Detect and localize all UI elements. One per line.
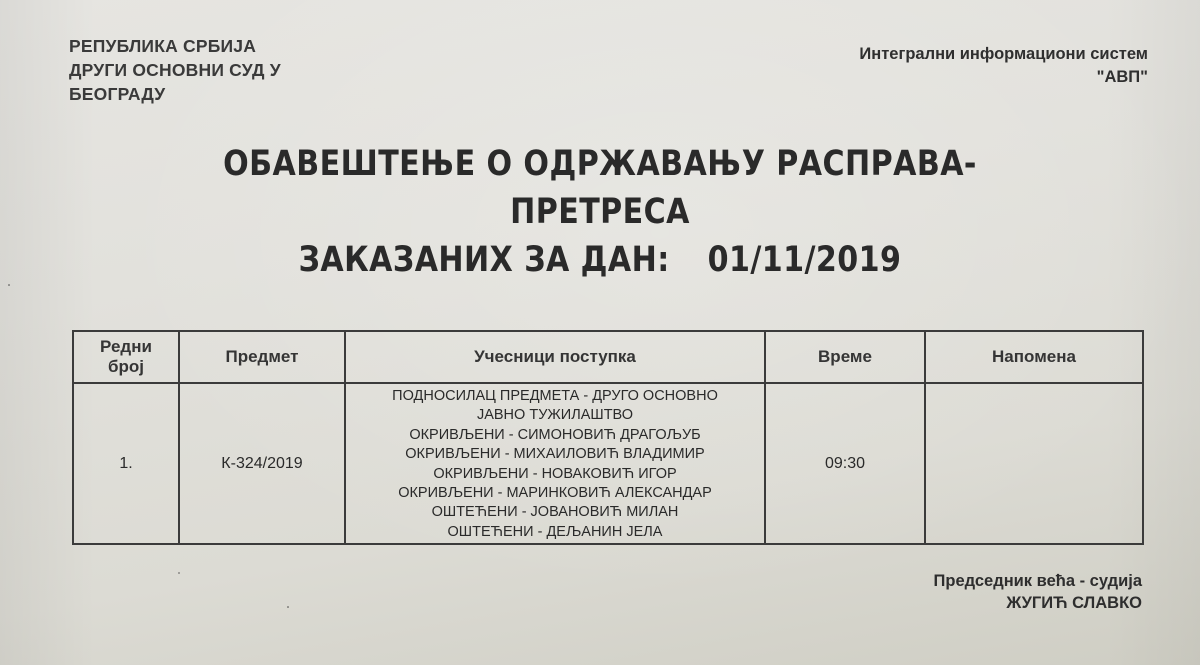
signature-block: Председник већа - судија ЖУГИЋ СЛАВКО [934,570,1143,614]
paper-speck [287,606,289,608]
information-system-block: Интегрални информациони систем "АВП" [859,43,1148,89]
column-header-number: Редни број [73,331,179,383]
participant-line: ОКРИВЉЕНИ - СИМОНОВИЋ ДРАГОЉУБ [346,426,764,445]
participant-line: ОШТЕЋЕНИ - ДЕЉАНИН ЈЕЛА [346,523,764,542]
table-header-row: Редни број Предмет Учесници поступка Вре… [73,331,1143,383]
title-line-2: ПРЕТРЕСА [170,188,1030,236]
system-abbreviation: "АВП" [859,66,1148,89]
cell-case-number: К-324/2019 [179,383,345,544]
court-name-line-2: ДРУГИ ОСНОВНИ СУД У [69,58,281,82]
cell-number: 1. [73,383,179,544]
column-header-number-line-2: број [74,357,178,377]
cell-participants: ПОДНОСИЛАЦ ПРЕДМЕТА - ДРУГО ОСНОВНО ЈАВН… [345,383,765,544]
column-header-participants: Учесници поступка [345,331,765,383]
scheduled-for-label: ЗАКАЗАНИХ ЗА ДАН: [299,240,670,280]
court-name-line-3: БЕОГРАДУ [69,82,281,106]
participant-line: ОКРИВЉЕНИ - МАРИНКОВИЋ АЛЕКСАНДАР [346,484,764,503]
participant-line: ЈАВНО ТУЖИЛАШТВО [346,406,764,425]
title-line-1: ОБАВЕШТЕЊЕ О ОДРЖАВАЊУ РАСПРАВА- [170,140,1030,188]
cell-note [925,383,1143,544]
system-name: Интегрални информациони систем [859,43,1148,66]
column-header-number-line-1: Редни [74,337,178,357]
column-header-case: Предмет [179,331,345,383]
notice-title: ОБАВЕШТЕЊЕ О ОДРЖАВАЊУ РАСПРАВА- ПРЕТРЕС… [170,140,1030,284]
column-header-note: Напомена [925,331,1143,383]
participant-line: ОКРИВЉЕНИ - НОВАКОВИЋ ИГОР [346,465,764,484]
table-row: 1. К-324/2019 ПОДНОСИЛАЦ ПРЕДМЕТА - ДРУГ… [73,383,1143,544]
signature-name: ЖУГИЋ СЛАВКО [934,592,1143,614]
title-line-3: ЗАКАЗАНИХ ЗА ДАН:01/11/2019 [170,236,1030,284]
hearing-date: 01/11/2019 [708,240,902,280]
participant-line: ОКРИВЉЕНИ - МИХАИЛОВИЋ ВЛАДИМИР [346,445,764,464]
hearings-table: Редни број Предмет Учесници поступка Вре… [72,330,1144,545]
paper-speck [8,284,10,286]
participant-line: ОШТЕЋЕНИ - ЈОВАНОВИЋ МИЛАН [346,503,764,522]
cell-time: 09:30 [765,383,925,544]
court-name-line-1: РЕПУБЛИКА СРБИЈА [69,34,281,58]
paper-speck [178,572,180,574]
column-header-time: Време [765,331,925,383]
signature-role: Председник већа - судија [934,570,1143,592]
court-name-block: РЕПУБЛИКА СРБИЈА ДРУГИ ОСНОВНИ СУД У БЕО… [69,34,281,106]
participant-line: ПОДНОСИЛАЦ ПРЕДМЕТА - ДРУГО ОСНОВНО [346,387,764,406]
